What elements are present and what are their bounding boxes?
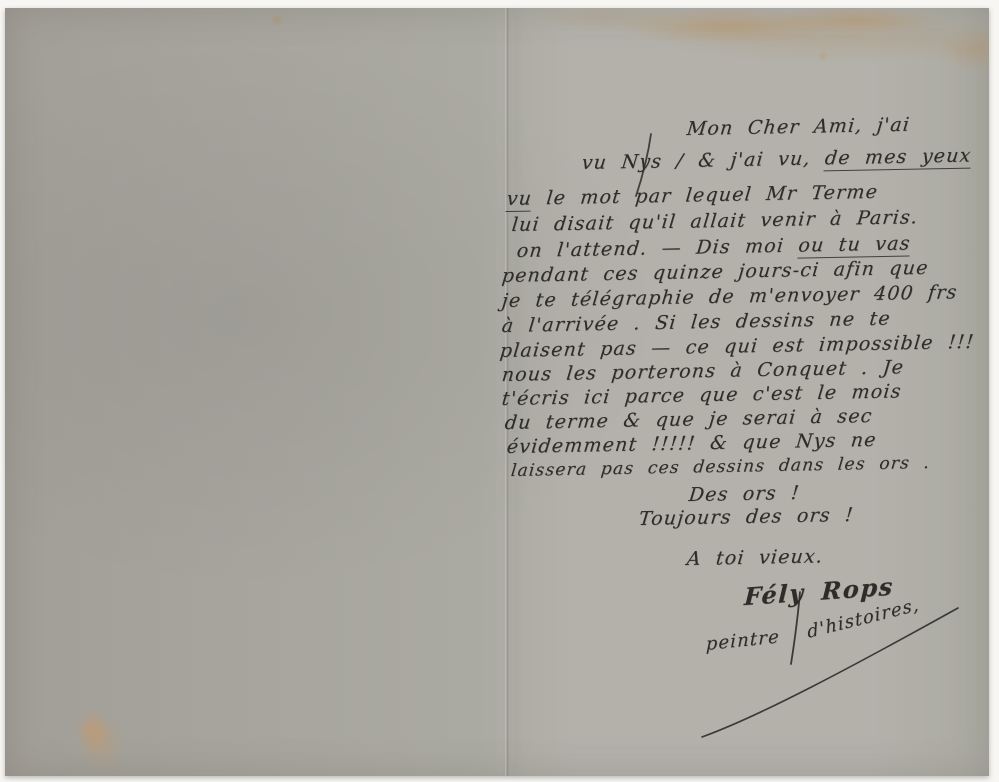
letter-text: A toi vieux. (686, 545, 825, 570)
letter-line: vu Nys / & j'ai vu, de mes yeux (581, 145, 973, 175)
underlined-text: vu (506, 188, 534, 213)
letter-line: lui disait qu'il allait venir à Paris. (511, 206, 920, 236)
letter-text: laissera pas ces dessins dans les ors . (510, 453, 931, 481)
letter-line: laissera pas ces dessins dans les ors . (510, 453, 931, 481)
letter-line: Des ors ! (688, 482, 801, 506)
letter-text: on l'attend. — Dis moi (516, 235, 800, 262)
letter-text: évidemment !!!!! & que Nys ne (506, 429, 878, 458)
underlined-text: ou tu vas (797, 232, 912, 258)
letter-text: le mot par lequel Mr Terme (531, 181, 879, 210)
letter-text: lui disait qu'il allait venir à Paris. (511, 206, 920, 236)
letter-line: évidemment !!!!! & que Nys ne (506, 429, 878, 458)
letter-text: vu Nys / & j'ai vu, (581, 147, 826, 174)
letter-text: Mon Cher Ami, j'ai (686, 114, 912, 140)
underlined-text: de mes yeux (824, 145, 973, 172)
letter-line: Mon Cher Ami, j'ai (686, 114, 912, 140)
letter-line: vu le mot par lequel Mr Terme (506, 181, 880, 210)
letter-line: A toi vieux. (686, 545, 825, 570)
letter-scan: Mon Cher Ami, j'aivu Nys / & j'ai vu, de… (0, 0, 999, 782)
letter-text: peintre (706, 626, 780, 655)
signature-title-left: peintre (706, 626, 780, 655)
letter-text: Des ors ! (688, 482, 801, 506)
letter-text: Toujours des ors ! (638, 504, 855, 530)
letter-body: Mon Cher Ami, j'aivu Nys / & j'ai vu, de… (0, 0, 999, 782)
letter-line: Toujours des ors ! (638, 504, 855, 530)
